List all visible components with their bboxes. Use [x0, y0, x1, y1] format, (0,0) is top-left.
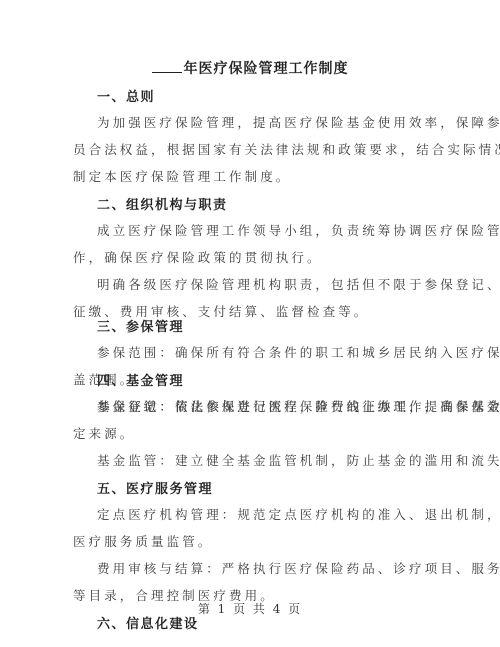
paragraph-line: 费用审核与结算：严格执行医疗保险药品、诊疗项目、服务设施 — [97, 559, 500, 577]
section-heading-3: 三、参保管理 — [97, 316, 184, 335]
paragraph-line: 定点医疗机构管理：规范定点医疗机构的准入、退出机制，加强 — [97, 505, 500, 523]
paragraph-line: 医疗服务质量监管。 — [73, 532, 213, 550]
paragraph-line: 员合法权益，根据国家有关法律法规和政策要求，结合实际情况，特 — [73, 140, 500, 158]
page-number-footer: 第 1 页 共 4 页 — [0, 600, 500, 617]
paragraph-line: 为加强医疗保险管理，提高医疗保险基金使用效率，保障参保人 — [97, 113, 500, 131]
year-blank — [152, 60, 182, 73]
paragraph-line: 基金监管：建立健全基金监管机制，防止基金的滥用和流失。 — [97, 451, 500, 469]
paragraph-line: 明确各级医疗保险管理机构职责，包括但不限于参保登记、基金 — [97, 275, 500, 293]
paragraph-line: 参保范围：确保所有符合条件的职工和城乡居民纳入医疗保险覆 — [97, 343, 500, 361]
section-heading-1: 一、总则 — [97, 86, 155, 105]
document-title: 年医疗保险管理工作制度 — [0, 58, 500, 78]
section-heading-2: 二、组织机构与职责 — [97, 194, 228, 213]
document-page: 年医疗保险管理工作制度 一、总则 为加强医疗保险管理，提高医疗保险基金使用效率，… — [0, 0, 500, 647]
paragraph-line: 定来源。 — [73, 424, 135, 442]
title-text: 年医疗保险管理工作制度 — [184, 61, 349, 77]
paragraph-line: 基金征缴：依法依规进行医疗保险费的征缴工作，确保基金的稳 — [97, 397, 500, 415]
section-heading-5: 五、医疗服务管理 — [97, 478, 213, 497]
paragraph-line: 成立医疗保险管理工作领导小组，负责统筹协调医疗保险管理工 — [97, 221, 500, 239]
paragraph-line: 制定本医疗保险管理工作制度。 — [73, 167, 291, 185]
paragraph-line: 作，确保医疗保险政策的贯彻执行。 — [73, 248, 323, 266]
section-heading-4: 四、基金管理 — [97, 370, 184, 389]
